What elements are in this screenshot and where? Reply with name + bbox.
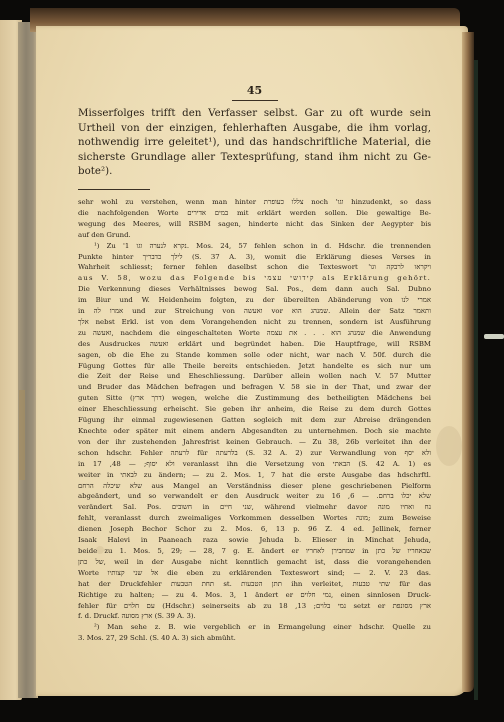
footnote-separator [78,189,150,190]
footnote-1: ¹) Zu 'נקרא לנערה וגו 1. Mos. 24, 57 feh… [78,241,431,623]
footnote-line: ²) Man sehe z. B. wie vergeblich er in E… [78,622,431,633]
footnote-line: des Ausdruckes ואעשה erklärt und begründ… [78,339,431,350]
footnote-line: einer Eheschliessung erheischt. Sie gebe… [78,404,431,415]
paper-stain [436,426,462,466]
footnotes: sehr wohl zu verstehen, wenn man hinter … [78,197,431,644]
footnote-line: guten Sitte (דרך ארץ) wegen, welche die … [78,393,431,404]
main-text-line: Misserfolges trifft den Verfasser selbst… [78,107,431,122]
footnote-line: sehr wohl zu verstehen, wenn man hinter … [78,197,431,208]
footnote-line: von der ihr zustehenden Jahresfrist kein… [78,437,431,448]
page-number-rule [232,100,278,101]
footnote-line: verändert Sal. Pos. חשובים in שני חיים, … [78,502,431,513]
main-text-line: sicherste Grundlage aller Textesprüfung,… [78,151,431,166]
cover-edge [474,60,478,700]
footnote-line: של כתן, weil in der Ausgabe nicht kenntl… [78,557,431,568]
footnote-line: sagen, ob die Ehe zu Stande kommen solle… [78,350,431,361]
footnote-line: Fügung Gottes für alle Theile bereits en… [78,361,431,372]
footnote-line: dienen Joseph Bechor Schor zu 2. Mos. 6,… [78,524,431,535]
page-content: 45 Misserfolges trifft den Verfasser sel… [78,84,431,644]
footnote-line: Isaak Halevi in Paaneach raza sowie Jehu… [78,535,431,546]
bookmark-ribbon [484,334,504,339]
footnote-line: die nachfolgenden Worte במים אדירים mit … [78,208,431,219]
footnote-line: auf den Grund. [78,230,431,241]
page-number: 45 [78,84,431,98]
footnote-line: fehler für עם חלוים (Hdschr.) seinerseit… [78,601,431,612]
footnote-line: schon hdschr. Fehler לרעתה für בלרעתה (S… [78,448,431,459]
footnote-line: in אמרו לה und zur Streichung von ואעשה … [78,306,431,317]
footnote-line: 3. Mos. 27, 29 Schl. (S. 40 A. 3) sich a… [78,633,431,644]
main-text-line: nothwendig irre geleitet¹), und das hand… [78,136,431,151]
book-gutter [18,22,38,698]
footnote-line: in ולא יסוף; — 48, 17 veranlasst ihn die… [78,459,431,470]
main-paragraph: Misserfolges trifft den Verfasser selbst… [78,107,431,180]
footnote-line: Die Verkennung dieses Verhältnisses bewo… [78,284,431,295]
footnote-line: abgeändert, und so verwandelt er den Aus… [78,491,431,502]
footnote-line: Fügung ihr einmal zugewiesenen Gatten so… [78,415,431,426]
footnote-line: Richtige zu halten; — zu 4. Mos. 3, 1 än… [78,590,431,601]
footnote-line: אלך nebst Erkl. ist von dem Vorangehende… [78,317,431,328]
footnote-line: im Biur und W. Heidenheim folgten, zu de… [78,295,431,306]
footnote-line: wegung des Meeres, will RSBM sagen, hind… [78,219,431,230]
footnote-line: hat der Druckfehler תחת הטבעות st. תתן ה… [78,579,431,590]
footnote-line: fehlt, veranlasst durch zweimaliges Vork… [78,513,431,524]
footnote-line: f. d. Druckf. ארץ מסועה (S. 39 A. 3). [78,611,431,622]
footnote-line: aus V. 58, wozu das Folgende bis קידושי … [78,273,431,284]
footnote-line: zu ואעשה, nachdem die eingeschalteten Wo… [78,328,431,339]
footnote-line: Punkte hinter לילך כדבריך (S. 37 A. 3), … [78,252,431,263]
main-text-line: Urtheil von der einzigen, fehlerhaften A… [78,122,431,137]
footnote-2: ²) Man sehe z. B. wie vergeblich er in E… [78,622,431,644]
footnote-continuation: sehr wohl zu verstehen, wenn man hinter … [78,197,431,241]
footnote-line: Worte אל שני קצותיו die eben zu erklären… [78,568,431,579]
footnote-line: die Zeit der Reise und Eheschliessung. D… [78,371,431,382]
footnote-line: beide zu 1. Mos. 5, 29; — 28, 7 g. E. än… [78,546,431,557]
footnote-line: Knechte oder später mit einem andern Abg… [78,426,431,437]
footnote-line: ¹) Zu 'נקרא לנערה וגו 1. Mos. 24, 57 feh… [78,241,431,252]
gutter-tape [19,390,25,480]
footnote-line: weiter in לבאתי zu ändern; — zu 2. Mos. … [78,470,431,481]
page-block-edge [462,32,474,692]
footnote-line: שלא שיכלה הרחם aus Mangel an Verständnis… [78,481,431,492]
main-text-line: bote²). [78,165,431,180]
footnote-line: und Bruder das Mädchen befragen und befr… [78,382,431,393]
footnote-line: Wahrheit schliesst; ferner fehlen daselb… [78,262,431,273]
